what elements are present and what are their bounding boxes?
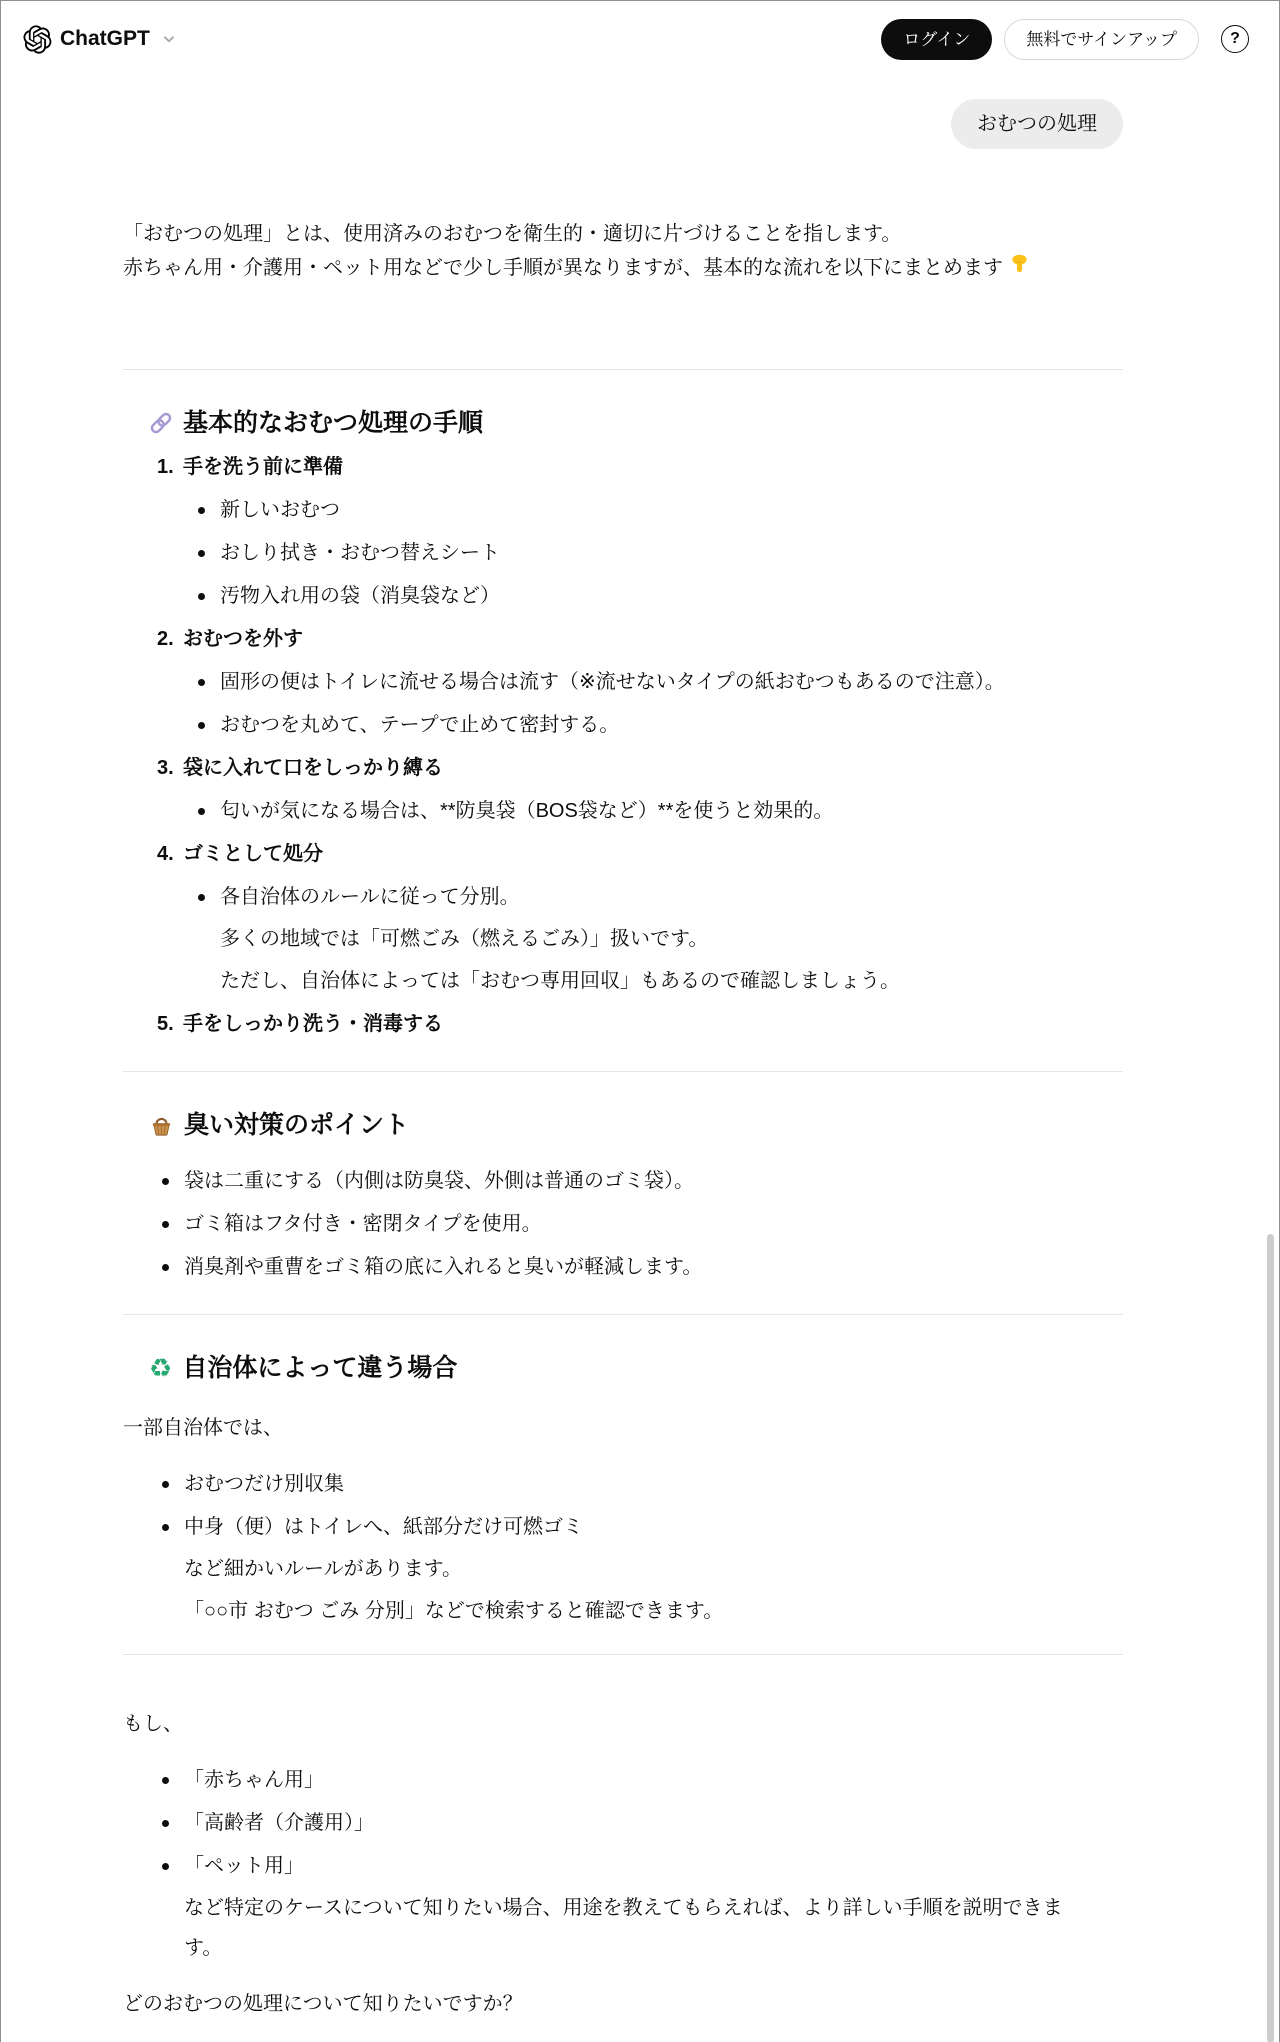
step-number: 3. — [157, 751, 183, 785]
section-divider — [123, 1071, 1123, 1072]
link-icon — [149, 411, 173, 435]
login-button[interactable]: ログイン — [881, 19, 992, 60]
step-title: 手を洗う前に準備 — [183, 450, 343, 484]
list-item: 2. おむつを外す 固形の便はトイレに流せる場合は流す（※流せないタイプの紙おむ… — [123, 622, 1123, 742]
section-heading-municipality: ♻ 自治体によって違う場合 — [123, 1351, 1123, 1385]
bullet-icon — [198, 808, 205, 815]
user-message-row: おむつの処理 — [123, 99, 1123, 149]
help-button[interactable]: ? — [1221, 25, 1249, 53]
step-title: 手をしっかり洗う・消毒する — [183, 1007, 443, 1041]
list-item: 袋は二重にする（内側は防臭袋、外側は普通のゴミ袋）。 — [123, 1164, 1123, 1198]
bullet-icon — [198, 550, 205, 557]
list-item: 中身（便）はトイレへ、紙部分だけ可燃ゴミ など細かいルールがあります。 「○○市… — [123, 1510, 1123, 1628]
list-item: おしり拭き・おむつ替えシート — [123, 536, 1123, 570]
app-title: ChatGPT — [60, 27, 150, 51]
list-item: 各自治体のルールに従って分別。 多くの地域では「可燃ごみ（燃えるごみ）」扱いです… — [123, 880, 1123, 998]
list-item: 新しいおむつ — [123, 493, 1123, 527]
model-switcher[interactable]: ChatGPT — [23, 25, 178, 54]
closing-lead: もし、 — [123, 1707, 1123, 1741]
step-number: 2. — [157, 622, 183, 656]
closing-question: どのおむつの処理について知りたいですか？ — [123, 1987, 1123, 2021]
section-heading-steps: 基本的なおむつ処理の手順 — [123, 406, 1123, 440]
municipality-list: おむつだけ別収集 中身（便）はトイレへ、紙部分だけ可燃ゴミ など細かいルールがあ… — [123, 1467, 1123, 1628]
intro-line-1: 「おむつの処理」とは、使用済みのおむつを衛生的・適切に片づけることを指します。 — [123, 217, 1123, 251]
section-divider — [123, 1314, 1123, 1315]
bullet-icon — [198, 593, 205, 600]
list-item: おむつを丸めて、テープで止めて密封する。 — [123, 708, 1123, 742]
list-item: 「ペット用」 など特定のケースについて知りたい場合、用途を教えてもらえれば、より… — [123, 1849, 1123, 1965]
recycle-icon: ♻ — [149, 1355, 172, 1381]
user-message-bubble: おむつの処理 — [951, 99, 1123, 149]
bullet-icon — [162, 1221, 169, 1228]
list-item: ゴミ箱はフタ付き・密閉タイプを使用。 — [123, 1207, 1123, 1241]
list-item: おむつだけ別収集 — [123, 1467, 1123, 1501]
list-item: 5. 手をしっかり洗う・消毒する — [123, 1007, 1123, 1041]
intro-line-2: 赤ちゃん用・介護用・ペット用などで少し手順が異なりますが、基本的な流れを以下にま… — [123, 251, 1123, 285]
municipality-lead: 一部自治体では、 — [123, 1411, 1123, 1445]
point-down-icon — [1009, 251, 1030, 285]
closing-list: 「赤ちゃん用」 「高齢者（介護用）」 「ペット用」 など特定のケースについて知り… — [123, 1763, 1123, 1965]
list-item: 汚物入れ用の袋（消臭袋など） — [123, 579, 1123, 613]
bullet-icon — [162, 1820, 169, 1827]
top-bar: ChatGPT ログイン 無料でサインアップ ? — [1, 1, 1279, 77]
bullet-icon — [162, 1777, 169, 1784]
list-item: 匂いが気になる場合は、**防臭袋（BOS袋など）**を使うと効果的。 — [123, 794, 1123, 828]
bullet-icon — [162, 1264, 169, 1271]
auth-buttons: ログイン 無料でサインアップ ? — [881, 19, 1249, 60]
list-item: 4. ゴミとして処分 各自治体のルールに従って分別。 多くの地域では「可燃ごみ（… — [123, 837, 1123, 998]
signup-button[interactable]: 無料でサインアップ — [1004, 19, 1199, 60]
bullet-icon — [162, 1178, 169, 1185]
step-number: 1. — [157, 450, 183, 484]
bullet-icon — [198, 507, 205, 514]
section-divider — [123, 1654, 1123, 1655]
list-item: 3. 袋に入れて口をしっかり縛る 匂いが気になる場合は、**防臭袋（BOS袋など… — [123, 751, 1123, 828]
basket-icon — [149, 1113, 174, 1138]
conversation-thread: おむつの処理 「おむつの処理」とは、使用済みのおむつを衛生的・適切に片づけること… — [123, 99, 1123, 2021]
section-divider — [123, 369, 1123, 370]
bullet-icon — [162, 1524, 169, 1531]
step-title: ゴミとして処分 — [183, 837, 323, 871]
list-item: 消臭剤や重曹をゴミ箱の底に入れると臭いが軽減します。 — [123, 1250, 1123, 1284]
question-mark-icon: ? — [1230, 30, 1240, 48]
bullet-icon — [162, 1481, 169, 1488]
bullet-icon — [162, 1863, 169, 1870]
chatgpt-window: ChatGPT ログイン 無料でサインアップ ? おむつの処理 「おむつの処理」… — [0, 0, 1280, 2042]
list-item: 「赤ちゃん用」 — [123, 1763, 1123, 1797]
chevron-down-icon[interactable] — [160, 30, 178, 48]
list-item: 「高齢者（介護用）」 — [123, 1806, 1123, 1840]
bullet-icon — [198, 894, 205, 901]
step-number: 4. — [157, 837, 183, 871]
bullet-icon — [198, 679, 205, 686]
scrollbar-thumb[interactable] — [1267, 1234, 1274, 2042]
step-title: おむつを外す — [183, 622, 303, 656]
step-number: 5. — [157, 1007, 183, 1041]
openai-logo — [23, 25, 52, 54]
assistant-message: 「おむつの処理」とは、使用済みのおむつを衛生的・適切に片づけることを指します。 … — [123, 217, 1123, 2021]
list-item: 1. 手を洗う前に準備 新しいおむつ おしり拭き・おむつ替えシート — [123, 450, 1123, 613]
steps-list: 1. 手を洗う前に準備 新しいおむつ おしり拭き・おむつ替えシート — [123, 450, 1123, 1041]
bullet-icon — [198, 722, 205, 729]
step-title: 袋に入れて口をしっかり縛る — [183, 751, 443, 785]
section-heading-odor: 臭い対策のポイント — [123, 1108, 1123, 1142]
list-item: 固形の便はトイレに流せる場合は流す（※流せないタイプの紙おむつもあるので注意）。 — [123, 665, 1123, 699]
odor-tips-list: 袋は二重にする（内側は防臭袋、外側は普通のゴミ袋）。 ゴミ箱はフタ付き・密閉タイ… — [123, 1164, 1123, 1284]
